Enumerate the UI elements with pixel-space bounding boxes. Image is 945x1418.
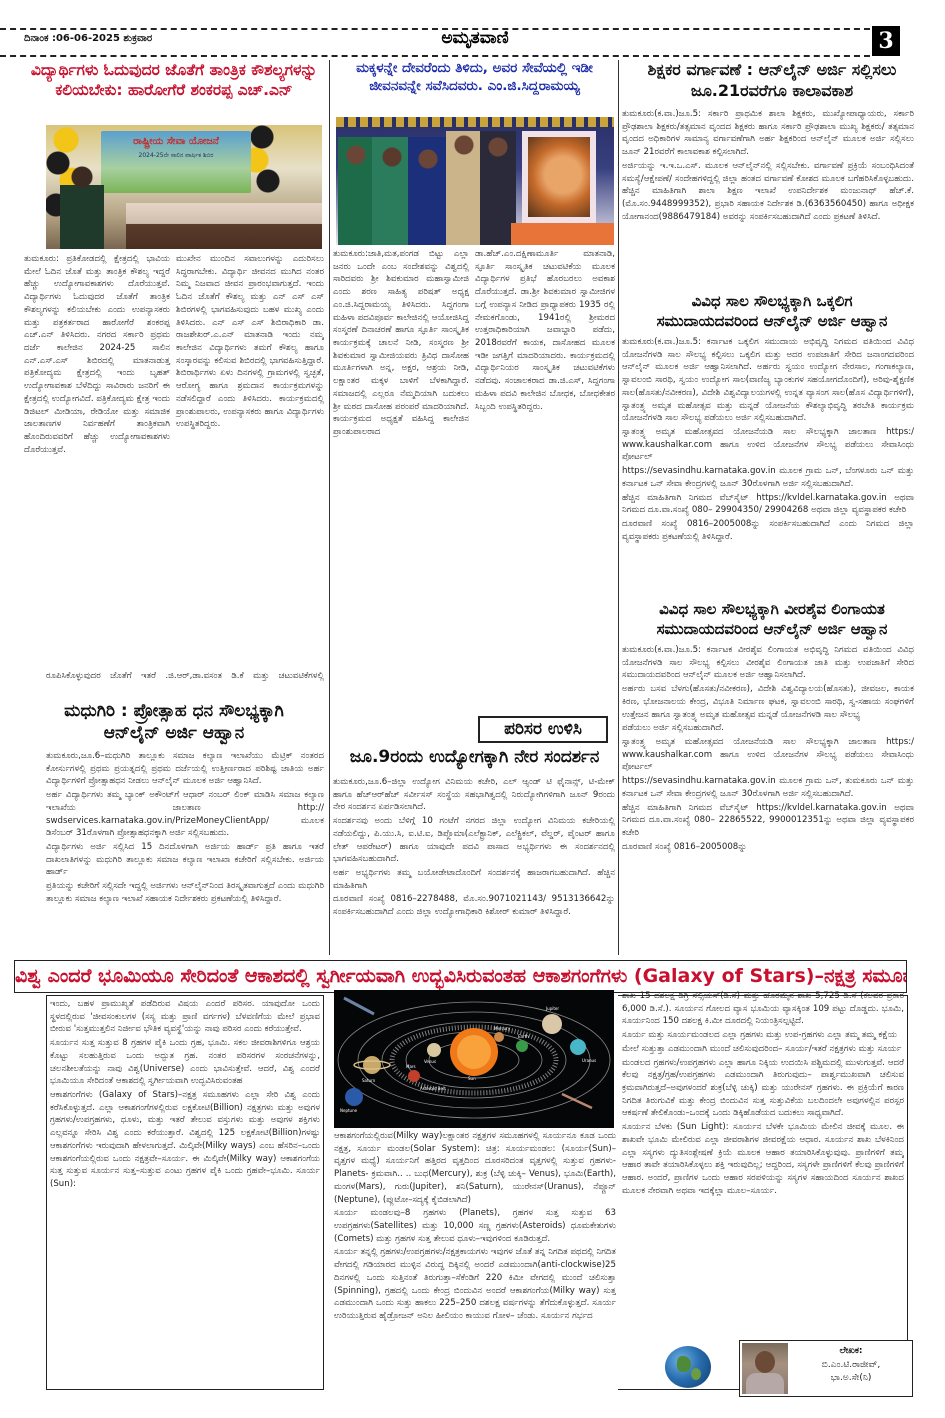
label-earth: Earth <box>518 1034 529 1039</box>
paragraph: ಹೆಚ್ಚಿನ ಮಾಹಿತಿಗಾಗಿ ನಿಗಮದ ವೆಬ್‌ಸೈಟ್ https… <box>622 802 914 840</box>
label-neptune: Neptune <box>340 1108 358 1113</box>
article-body-left: ತುಮಕೂರು:ಜಾತಿ,ಮತ,ಪಂಗಡ ಬಿಟ್ಟು ಎಲ್ಲಾ ಜನರು ಒ… <box>333 248 469 713</box>
paragraph: https://sevasindhu.karnataka.gov.in ಮೂಲಕ… <box>622 465 914 490</box>
article-headline: ಮಕ್ಕಳನ್ನೇ ದೇವರೆಂದು ತಿಳಿದು, ಅವರ ಸೇವೆಯಲ್ಲಿ… <box>333 60 616 95</box>
author-photo <box>742 1343 788 1394</box>
paragraph: ತುಮಕೂರು,ಜೂ.6–ಮಧುಗಿರಿ ತಾಲ್ಲೂಕು ಸಮಾಜ ಕಲ್ಯಾ… <box>46 750 324 788</box>
earth-globe-icon <box>665 1346 711 1388</box>
label-saturn: Saturn <box>362 1078 376 1083</box>
paragraph: ಪ್ರತಿಯನ್ನು ಕಚೇರಿಗೆ ಸಲ್ಲಿಸದೇ ಇದ್ದಲ್ಲಿ ಅರ್… <box>46 880 324 905</box>
article-body-left: ತುಮಕೂರು: ಪ್ರತಿಕೋಡದಲ್ಲಿ ಕ್ಷೇತ್ರದಲ್ಲಿ ಭಾವಿ… <box>24 253 170 673</box>
paragraph: ದೂರವಾಣಿ ಸಂಖ್ಯೆ 0816–2005008ನ್ನು <box>622 841 914 854</box>
author-label: ಲೇಖಕ: <box>792 1345 910 1359</box>
issue-date: ದಿನಾಂಕ :06-06-2025 ಶುಕ್ರವಾರ <box>24 33 152 44</box>
article-teachers-transfer: ಶಿಕ್ಷಕರ ವರ್ಗಾವಣೆ : ಆನ್‌ಲೈನ್ ಅರ್ಜಿ ಸಲ್ಲಿಸ… <box>622 60 922 290</box>
paragraph: ತುಮಕೂರು(ಕ.ವಾ.)ಜೂ.5: ಸರ್ಕಾರಿ ಪ್ರಾಥಮಿಕ ಶಾಲ… <box>622 108 914 159</box>
article-body: ಆಕಾಶಗಂಗೆಯಲ್ಲಿರುವ(Milky way)ಲಕ್ಷಾಂತರ ನಕ್ಷ… <box>334 1130 616 1323</box>
article-headline: ವಿದ್ಯಾರ್ಥಿಗಳು ಓದುವುದರ ಜೊತೆಗೆ ತಾಂತ್ರಿಕ ಕೌ… <box>24 60 324 100</box>
label-asteroid-belt: Asteroid Belt <box>420 1086 446 1091</box>
paragraph: ಸ್ವಾತಂತ್ರ್ಯ ಅಮೃತ ಮಹೋತ್ಸವದ ಯೋಜನೆಯಡಿ ಸಾಲ ಸ… <box>622 426 914 464</box>
guests-table <box>126 203 322 249</box>
banner-subtitle: 2024-25ನೇ ಸಾಲಿನ ವಾರ್ಷಿಕ ಶಿಬಿರ <box>101 152 251 160</box>
paragraph: ಅರ್ಹ ಅಭ್ಯರ್ಥಿಗಳು ತಮ್ಮ ಬಯೋಡೇಟಾದೊಂದಿಗೆ ಸಂದ… <box>333 867 615 892</box>
paragraph: ಮೇಲೆ ಸುತ್ತುತ್ತಾ ಎಡಮುಂದಾಗಿ ಮುಂದೆ ಚಲಿಸುವುದ… <box>622 1043 904 1056</box>
label-sun: Sun <box>468 1076 476 1081</box>
altar-table <box>511 223 614 245</box>
article-headline: ಜೂ.9ರಂದು ಉದ್ಯೋಗಕ್ಕಾಗಿ ನೇರ ಸಂದರ್ಶನ <box>333 746 616 768</box>
article-job-fair: ಜೂ.9ರಂದು ಉದ್ಯೋಗಕ್ಕಾಗಿ ನೇರ ಸಂದರ್ಶನ ತುಮಕೂರ… <box>333 746 616 956</box>
author-byline-box: ಲೇಖಕ: ಬಿ.ಎಂ.ಟಿ.ರಾಜೀವ್, ಭಾ.ಅ.ಸೇ(ನಿ) <box>739 1340 913 1397</box>
masthead: ದಿನಾಂಕ :06-06-2025 ಶುಕ್ರವಾರ ಅಮೃತವಾಣಿ 3 <box>0 28 945 54</box>
article-body-right: ಮುಖೇನ ಮುಂದಿನ ಸವಾಲುಗಳನ್ನು ಎದುರಿಸಲು ಸಿದ್ಧರ… <box>176 253 324 673</box>
stage-border <box>336 117 614 127</box>
article-headline: ಮಧುಗಿರಿ : ಪ್ರೋತ್ಸಾಹ ಧನ ಸೌಲಭ್ಯಕ್ಕಾಗಿ ಆನ್‌… <box>24 700 324 744</box>
paragraph: ಸೂರ್ಯ ಮತ್ತು ಸೂರ್ಯಮಂಡಲದ ಎಲ್ಲಾ ಗ್ರಹಗಳು ಮತ್… <box>622 1029 904 1042</box>
galaxy-feature-headline: ವಿಶ್ವ ಎಂದರೆ ಭೂಮಿಯೂ ಸೇರಿದಂತೆ ಆಕಾಶದಲ್ಲಿ ಸ್… <box>14 960 907 993</box>
article-body-tail: ರೂಪಿಸಿಕೊಳ್ಳುವುದರ ಜೊತೆಗೆ ಇತರೆ .ಜಿ.ಆರ್,ಡಾ.… <box>46 670 324 685</box>
article-body: ತುಮಕೂರು(ಕ.ವಾ.)ಜೂ.5: ಕರ್ನಾಟಕ ಒಕ್ಕಲಿಗ ಸಮುದ… <box>622 336 914 545</box>
label-venus: Venus <box>424 1059 436 1064</box>
author-name: ಬಿ.ಎಂ.ಟಿ.ರಾಜೀವ್, <box>792 1359 910 1373</box>
banner-title: ರಾಷ್ಟ್ರೀಯ ಸೇವಾ ಯೋಜನೆ <box>101 136 251 147</box>
paragraph: ಆಕಾಶಗಂಗೆಯಲ್ಲಿರುವ(Milky way)ಲಕ್ಷಾಂತರ ನಕ್ಷ… <box>334 1130 616 1206</box>
paragraph: ದೂರವಾಣಿ ಸಂಖ್ಯೆ 0816–2278488, ಮೊ.ಸಂ.90710… <box>333 893 615 918</box>
environment-callout-box: ಪರಿಸರ ಉಳಿಸಿ <box>478 716 608 743</box>
galaxy-column-1: ಇಂದು, ಬಹಳ ಪ್ರಾಮುಖ್ಯತೆ ಪಡೆದಿರುವ ವಿಷಯ ಎಂದರ… <box>50 998 320 1386</box>
article-body: ಇಂದು, ಬಹಳ ಪ್ರಾಮುಖ್ಯತೆ ಪಡೆದಿರುವ ವಿಷಯ ಎಂದರ… <box>50 998 320 1191</box>
paragraph: ಪಡೆಯಲು ಅರ್ಜಿ ಸಲ್ಲಿಸಬಹುದಾಗಿದೆ. <box>622 722 914 735</box>
paragraph: https://sevasindhu.karnataka.gov.in ಮೂಲಕ… <box>622 775 914 800</box>
galaxy-column-2: ಆಕಾಶಗಂಗೆಯಲ್ಲಿರುವ(Milky way)ಲಕ್ಷಾಂತರ ನಕ್ಷ… <box>334 1130 616 1392</box>
author-credit: ಲೇಖಕ: ಬಿ.ಎಂ.ಟಿ.ರಾಜೀವ್, ಭಾ.ಅ.ಸೇ(ನಿ) <box>792 1345 910 1386</box>
paragraph: ದೂರವಾಣಿ ಸಂಖ್ಯೆ 0816–2005008ನ್ನು ಸಂಪರ್ಕಿಸ… <box>622 518 914 543</box>
paragraph: ಅರ್ಹ ವಿದ್ಯಾರ್ಥಿಗಳು ತಮ್ಮ ಬ್ಯಾಂಕ್ ಅಕೌಂಟ್‌ಗ… <box>46 789 324 840</box>
article-skills: ವಿದ್ಯಾರ್ಥಿಗಳು ಓದುವುದರ ಜೊತೆಗೆ ತಾಂತ್ರಿಕ ಕೌ… <box>24 60 324 685</box>
galaxy-column-3: ಶಾಖ 15 ದಶಲಕ್ಷ ಡಿಗ್ರಿ ಸೆಲ್ಸಿಯಸ್(ಡಿ.ಸೆ) ಮತ… <box>622 990 904 1338</box>
paragraph: ತುಮಕೂರು(ಕ.ವಾ.)ಜೂ.5: ಕರ್ನಾಟಕ ವೀರಶೈವ ಲಿಂಗಾ… <box>622 644 914 682</box>
author-coat <box>746 1373 784 1394</box>
paragraph: ಇಂದು, ಬಹಳ ಪ್ರಾಮುಖ್ಯತೆ ಪಡೆದಿರುವ ವಿಷಯ ಎಂದರ… <box>50 998 320 1036</box>
paragraph: ಸ್ವಾತಂತ್ರ್ಯ ಅಮೃತ ಮಹೋತ್ಸವದ ಯೋಜನೆಯಡಿ ಸಾಲ ಸ… <box>622 736 914 774</box>
male-guests <box>446 131 516 245</box>
paragraph: ಶಾಖ 15 ದಶಲಕ್ಷ ಡಿಗ್ರಿ ಸೆಲ್ಸಿಯಸ್(ಡಿ.ಸೆ) ಮತ… <box>622 990 904 1028</box>
article-body: ತುಮಕೂರು(ಕ.ವಾ.)ಜೂ.5: ಸರ್ಕಾರಿ ಪ್ರಾಥಮಿಕ ಶಾಲ… <box>622 108 914 224</box>
paragraph: ಆಕಾಶಗಂಗೆಗಳು (Galaxy of Stars)–ನಕ್ಷತ್ರ ಸಮ… <box>50 1089 320 1191</box>
paragraph: ವಿದ್ಯಾರ್ಥಿಗಳು ಅರ್ಜಿ ಸಲ್ಲಿಸಿದ 15 ದಿನದೊಳಗಾ… <box>46 841 324 879</box>
paragraph: ಸೂರ್ಯ ತನ್ನಲ್ಲಿ ಗ್ರಹಗಳು/ಉಪಗ್ರಹಗಳು/ನಕ್ಷತ್ರ… <box>334 1246 616 1322</box>
solar-system-orbits-icon: Jupiter Mercury Earth Uranus Venus Mars … <box>334 990 614 1128</box>
paragraph: ಅರ್ಹರು ಬಸವ ಬೆಳಗು(ಹೊಸತು/ನವೀಕರಣ), ವಿದೇಶಿ ವ… <box>622 683 914 721</box>
label-jupiter: Jupiter <box>545 1006 559 1011</box>
swamiji-portrait <box>522 131 596 223</box>
solar-system-illustration: Jupiter Mercury Earth Uranus Venus Mars … <box>334 990 614 1128</box>
masthead-bottom-rule <box>0 55 870 57</box>
tribute-ceremony-photo <box>336 117 614 245</box>
column-divider <box>618 60 619 955</box>
article-body: ತುಮಕೂರು(ಕ.ವಾ.)ಜೂ.5: ಕರ್ನಾಟಕ ವೀರಶೈವ ಲಿಂಗಾ… <box>622 644 914 855</box>
paragraph: ಮಂಡಲದ ಗ್ರಹಗಳು/ಉಪಗ್ರಹಗಳು ಎಲ್ಲಾ ಹಾಗೂ ನಿಕ್ಕ… <box>622 1057 904 1121</box>
article-okkaliga: ವಿವಿಧ ಸಾಲ ಸೌಲಭ್ಯಕ್ಕಾಗಿ ಒಕ್ಕಲಿಗ ಸಮುದಾಯದವರ… <box>622 292 922 597</box>
paragraph: ಸೂರ್ಯನ ಬೆಳಕು (Sun Light): ಸೂರ್ಯನ ಬೆಳಕೇ ಭ… <box>622 1121 904 1197</box>
speaker-figure <box>60 163 104 249</box>
author-title: ಭಾ.ಅ.ಸೇ(ನಿ) <box>792 1372 910 1386</box>
continent-shape <box>691 1368 701 1380</box>
article-body: ಶಾಖ 15 ದಶಲಕ್ಷ ಡಿಗ್ರಿ ಸೆಲ್ಸಿಯಸ್(ಡಿ.ಸೆ) ಮತ… <box>622 990 904 1198</box>
women-guests <box>338 137 446 245</box>
label-mercury: Mercury <box>494 1026 511 1031</box>
article-body: ತುಮಕೂರು,ಜೂ.6–ಮಧುಗಿರಿ ತಾಲ್ಲೂಕು ಸಮಾಜ ಕಲ್ಯಾ… <box>46 750 324 907</box>
page-number: 3 <box>872 26 900 56</box>
continent-shape <box>677 1356 691 1372</box>
article-madhugiri: ಮಧುಗಿರಿ : ಪ್ರೋತ್ಸಾಹ ಧನ ಸೌಲಭ್ಯಕ್ಕಾಗಿ ಆನ್‌… <box>24 700 324 955</box>
article-body-right: ಡಾ.ಹೆಚ್.ಎಂ.ದಕ್ಷಿಣಾಮೂರ್ತಿ ಮಾತನಾಡಿ, ಸ್ಫೂರ್… <box>475 248 615 715</box>
label-mars: Mars <box>406 1064 416 1069</box>
paragraph: ಹೆಚ್ಚಿನ ಮಾಹಿತಿಗಾಗಿ ನಿಗಮದ ವೆಬ್‌ಸೈಟ್ https… <box>622 492 914 517</box>
article-headline: ವಿವಿಧ ಸಾಲ ಸೌಲಭ್ಯಕ್ಕಾಗಿ ವೀರಶೈವ ಲಿಂಗಾಯತ ಸಮ… <box>622 600 922 639</box>
paragraph: ಸಂದರ್ಶನವು ಅಂದು ಬೆಳಿಗ್ಗೆ 10 ಗಂಟೆಗೆ ನಗರದ ಜ… <box>333 815 615 866</box>
paragraph: ಅರ್ಜಿಯನ್ನು ಇ.ಇ.ಒ.ಎಸ್. ಮೂಲಕ ಆನ್‌ಲೈನ್‌ನಲ್ಲ… <box>622 160 914 224</box>
label-uranus: Uranus <box>582 1058 596 1063</box>
article-siddaramayya: ಮಕ್ಕಳನ್ನೇ ದೇವರೆಂದು ತಿಳಿದು, ಅವರ ಸೇವೆಯಲ್ಲಿ… <box>333 60 616 715</box>
paragraph: ಸೂರ್ಯನ ಸುತ್ತ ಸುತ್ತುವ 8 ಗ್ರಹಗಳ ಪೈಕಿ ಒಂದು … <box>50 1037 320 1088</box>
stage-banner: ರಾಷ್ಟ್ರೀಯ ಸೇವಾ ಯೋಜನೆ 2024-25ನೇ ಸಾಲಿನ ವಾರ… <box>101 131 251 193</box>
article-headline: ವಿವಿಧ ಸಾಲ ಸೌಲಭ್ಯಕ್ಕಾಗಿ ಒಕ್ಕಲಿಗ ಸಮುದಾಯದವರ… <box>622 292 922 331</box>
article-headline: ಶಿಕ್ಷಕರ ವರ್ಗಾವಣೆ : ಆನ್‌ಲೈನ್ ಅರ್ಜಿ ಸಲ್ಲಿಸ… <box>622 60 922 102</box>
paragraph: ಸೂರ್ಯ ಮಂಡಲವು–8 ಗ್ರಹಗಳು (Planets), ಗ್ರಹಗಳ… <box>334 1207 616 1245</box>
nss-event-photo: ರಾಷ್ಟ್ರೀಯ ಸೇವಾ ಯೋಜನೆ 2024-25ನೇ ಸಾಲಿನ ವಾರ… <box>46 125 322 249</box>
article-veerashaiva: ವಿವಿಧ ಸಾಲ ಸೌಲಭ್ಯಕ್ಕಾಗಿ ವೀರಶೈವ ಲಿಂಗಾಯತ ಸಮ… <box>622 600 922 955</box>
article-body: ತುಮಕೂರು,ಜೂ.6–ಜಿಲ್ಲಾ ಉದ್ಯೋಗ ವಿನಿಮಯ ಕಚೇರಿ,… <box>333 776 615 920</box>
paragraph: ತುಮಕೂರು,ಜೂ.6–ಜಿಲ್ಲಾ ಉದ್ಯೋಗ ವಿನಿಮಯ ಕಚೇರಿ,… <box>333 776 615 814</box>
paragraph: ತುಮಕೂರು(ಕ.ವಾ.)ಜೂ.5: ಕರ್ನಾಟಕ ಒಕ್ಕಲಿಗ ಸಮುದ… <box>622 336 914 425</box>
newspaper-name: ಅಮೃತವಾಣಿ <box>330 28 620 48</box>
column-divider <box>329 60 330 955</box>
author-face <box>755 1351 775 1373</box>
